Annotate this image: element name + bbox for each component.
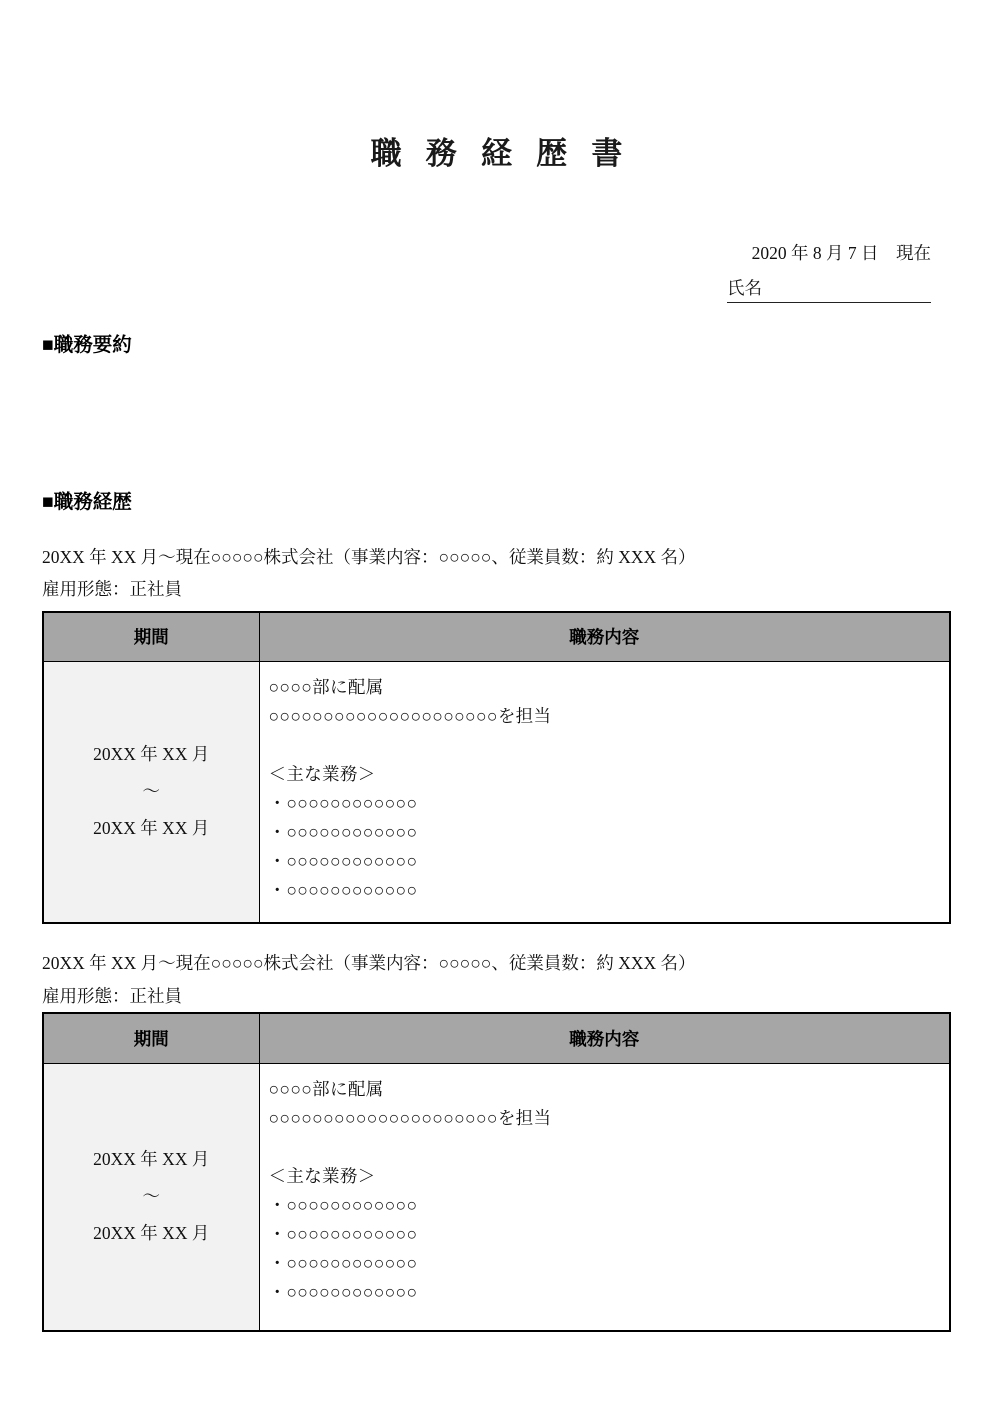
duty-line: ・○○○○○○○○○○○○ xyxy=(269,876,940,905)
job1-period-cell: 20XX 年 XX 月 ～ 20XX 年 XX 月 xyxy=(43,661,259,923)
document-title: 職務経歴書 xyxy=(0,128,993,173)
period-column-header: 期間 xyxy=(43,1013,259,1063)
job2-period-cell: 20XX 年 XX 月 ～ 20XX 年 XX 月 xyxy=(43,1063,259,1331)
duty-line: ○○○○○○○○○○○○○○○○○○○○○を担当 xyxy=(269,1104,940,1133)
current-date: 2020 年 8 月 7 日 現在 xyxy=(727,238,931,268)
duty-column-header: 職務内容 xyxy=(259,1013,950,1063)
resume-page: 職務経歴書 2020 年 8 月 7 日 現在 氏名 ■職務要約 ■職務経歴 2… xyxy=(0,0,993,1424)
duty-line: ・○○○○○○○○○○○○ xyxy=(269,1220,940,1249)
period-column-header: 期間 xyxy=(43,612,259,661)
duty-line: ・○○○○○○○○○○○○ xyxy=(269,1191,940,1220)
table-row: 20XX 年 XX 月 ～ 20XX 年 XX 月 ○○○○部に配属 ○○○○○… xyxy=(43,661,950,923)
name-label: 氏名 xyxy=(727,278,762,298)
period-to: 20XX 年 XX 月 xyxy=(44,1215,259,1252)
job1-company-line: 20XX 年 XX 月～現在○○○○○株式会社（事業内容：○○○○○、従業員数：… xyxy=(42,544,696,569)
job1-employment-type: 雇用形態：正社員 xyxy=(42,576,182,601)
duty-column-header: 職務内容 xyxy=(259,612,950,661)
job1-history-table: 期間 職務内容 20XX 年 XX 月 ～ 20XX 年 XX 月 ○○○○部に… xyxy=(42,611,951,924)
job1-duties-cell: ○○○○部に配属 ○○○○○○○○○○○○○○○○○○○○○を担当 ＜主な業務＞… xyxy=(259,661,950,923)
table-header-row: 期間 職務内容 xyxy=(43,612,950,661)
table-header-row: 期間 職務内容 xyxy=(43,1013,950,1063)
duty-line: ・○○○○○○○○○○○○ xyxy=(269,789,940,818)
duty-line: ○○○○○○○○○○○○○○○○○○○○○を担当 xyxy=(269,702,940,731)
table-row: 20XX 年 XX 月 ～ 20XX 年 XX 月 ○○○○部に配属 ○○○○○… xyxy=(43,1063,950,1331)
period-separator: ～ xyxy=(44,1178,259,1215)
period-separator: ～ xyxy=(44,773,259,810)
job2-duties-cell: ○○○○部に配属 ○○○○○○○○○○○○○○○○○○○○○を担当 ＜主な業務＞… xyxy=(259,1063,950,1331)
duty-line: ○○○○部に配属 xyxy=(269,673,940,702)
duty-line-blank xyxy=(269,1133,940,1162)
duty-line: ○○○○部に配属 xyxy=(269,1075,940,1104)
heading-job-summary: ■職務要約 xyxy=(42,329,132,357)
job2-employment-type: 雇用形態：正社員 xyxy=(42,983,182,1008)
job2-company-line: 20XX 年 XX 月～現在○○○○○株式会社（事業内容：○○○○○、従業員数：… xyxy=(42,950,696,975)
duty-line: ・○○○○○○○○○○○○ xyxy=(269,818,940,847)
duty-line: ・○○○○○○○○○○○○ xyxy=(269,1249,940,1278)
duty-line: ・○○○○○○○○○○○○ xyxy=(269,1278,940,1307)
period-from: 20XX 年 XX 月 xyxy=(44,1141,259,1178)
date-name-block: 2020 年 8 月 7 日 現在 氏名 xyxy=(727,238,931,303)
period-to: 20XX 年 XX 月 xyxy=(44,810,259,847)
job2-history-table: 期間 職務内容 20XX 年 XX 月 ～ 20XX 年 XX 月 ○○○○部に… xyxy=(42,1012,951,1332)
duty-line: ＜主な業務＞ xyxy=(269,1162,940,1191)
duty-line: ＜主な業務＞ xyxy=(269,760,940,789)
duty-line-blank xyxy=(269,731,940,760)
heading-job-history: ■職務経歴 xyxy=(42,486,132,514)
duty-line: ・○○○○○○○○○○○○ xyxy=(269,847,940,876)
period-from: 20XX 年 XX 月 xyxy=(44,736,259,773)
name-field[interactable]: 氏名 xyxy=(727,273,931,303)
